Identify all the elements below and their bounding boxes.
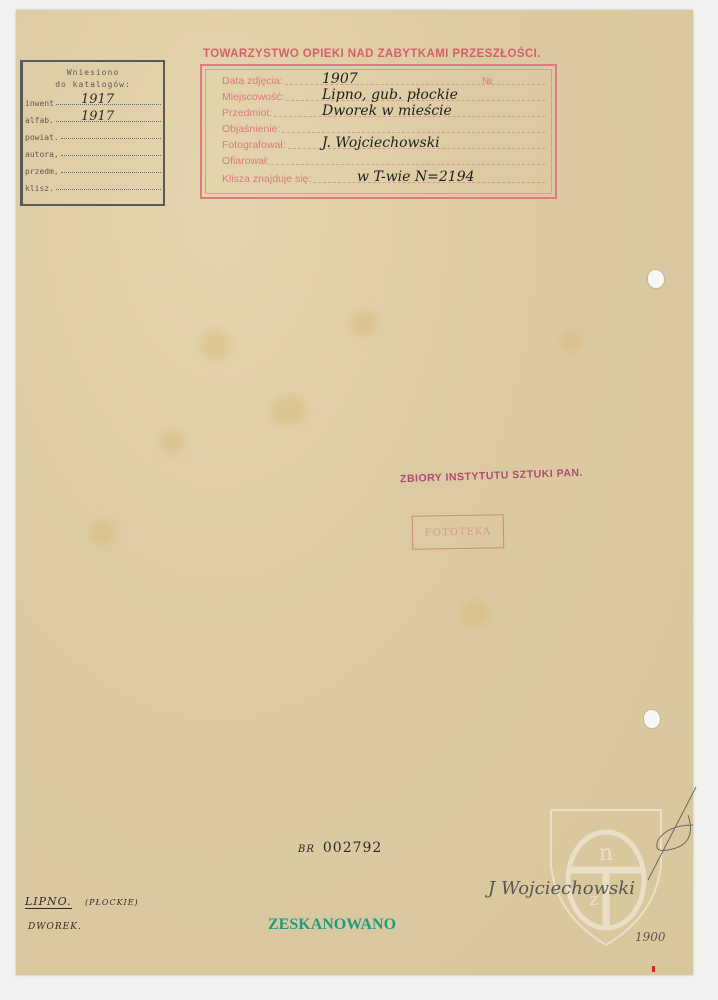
catalog-row-autora: autora, xyxy=(23,142,163,159)
catalog-row-przedm: przedm, xyxy=(23,159,163,176)
handwritten-location: LIPNO. (PŁOCKIE) xyxy=(25,895,139,908)
scanned-stamp: ZESKANOWANO xyxy=(268,916,396,934)
catalog-row-inwent: inwent1917 xyxy=(23,91,163,108)
signature-year: 1900 xyxy=(635,930,666,944)
pencil-mark-icon xyxy=(638,785,698,885)
fototeka-stamp: FOTOTEKA xyxy=(412,514,505,550)
stamp-row-place: Miejscowość:Lipno, gub. płockie xyxy=(222,88,545,103)
stamp-row-explanation: Objaśnienie: xyxy=(222,120,545,135)
inventory-number: BR002792 xyxy=(298,840,382,856)
society-stamp: Data zdjęcia:1907№ Miejscowość:Lipno, gu… xyxy=(200,64,557,199)
stamp-row-negative: Klisza znajduje się:w T-wie N=2194 xyxy=(222,170,545,185)
stamp-row-date: Data zdjęcia:1907№ xyxy=(222,72,545,87)
stamp-row-photographer: Fotografował:J. Wojciechowski xyxy=(222,136,545,151)
stamp-row-donor: Ofiarował: xyxy=(222,152,545,167)
catalog-heading: Wniesiono do katalogów: xyxy=(23,67,163,91)
catalog-row-alfab: alfab.1917 xyxy=(23,108,163,125)
stamp-row-subject: Przedmiot:Dworek w mieście xyxy=(222,104,545,119)
svg-text:n: n xyxy=(599,841,613,866)
handwritten-subject: DWOREK. xyxy=(28,922,82,932)
catalog-row-klisz: klisz. xyxy=(23,176,163,193)
red-mark xyxy=(652,966,655,972)
punch-hole-top xyxy=(648,270,664,288)
signature: J Wojciechowski xyxy=(488,878,635,899)
punch-hole-bottom xyxy=(644,710,660,728)
society-stamp-title: TOWARZYSTWO OPIEKI NAD ZABYTKAMI PRZESZŁ… xyxy=(203,48,541,60)
catalog-stamp: Wniesiono do katalogów: inwent1917 alfab… xyxy=(20,60,165,206)
catalog-row-powiat: powiat. xyxy=(23,125,163,142)
